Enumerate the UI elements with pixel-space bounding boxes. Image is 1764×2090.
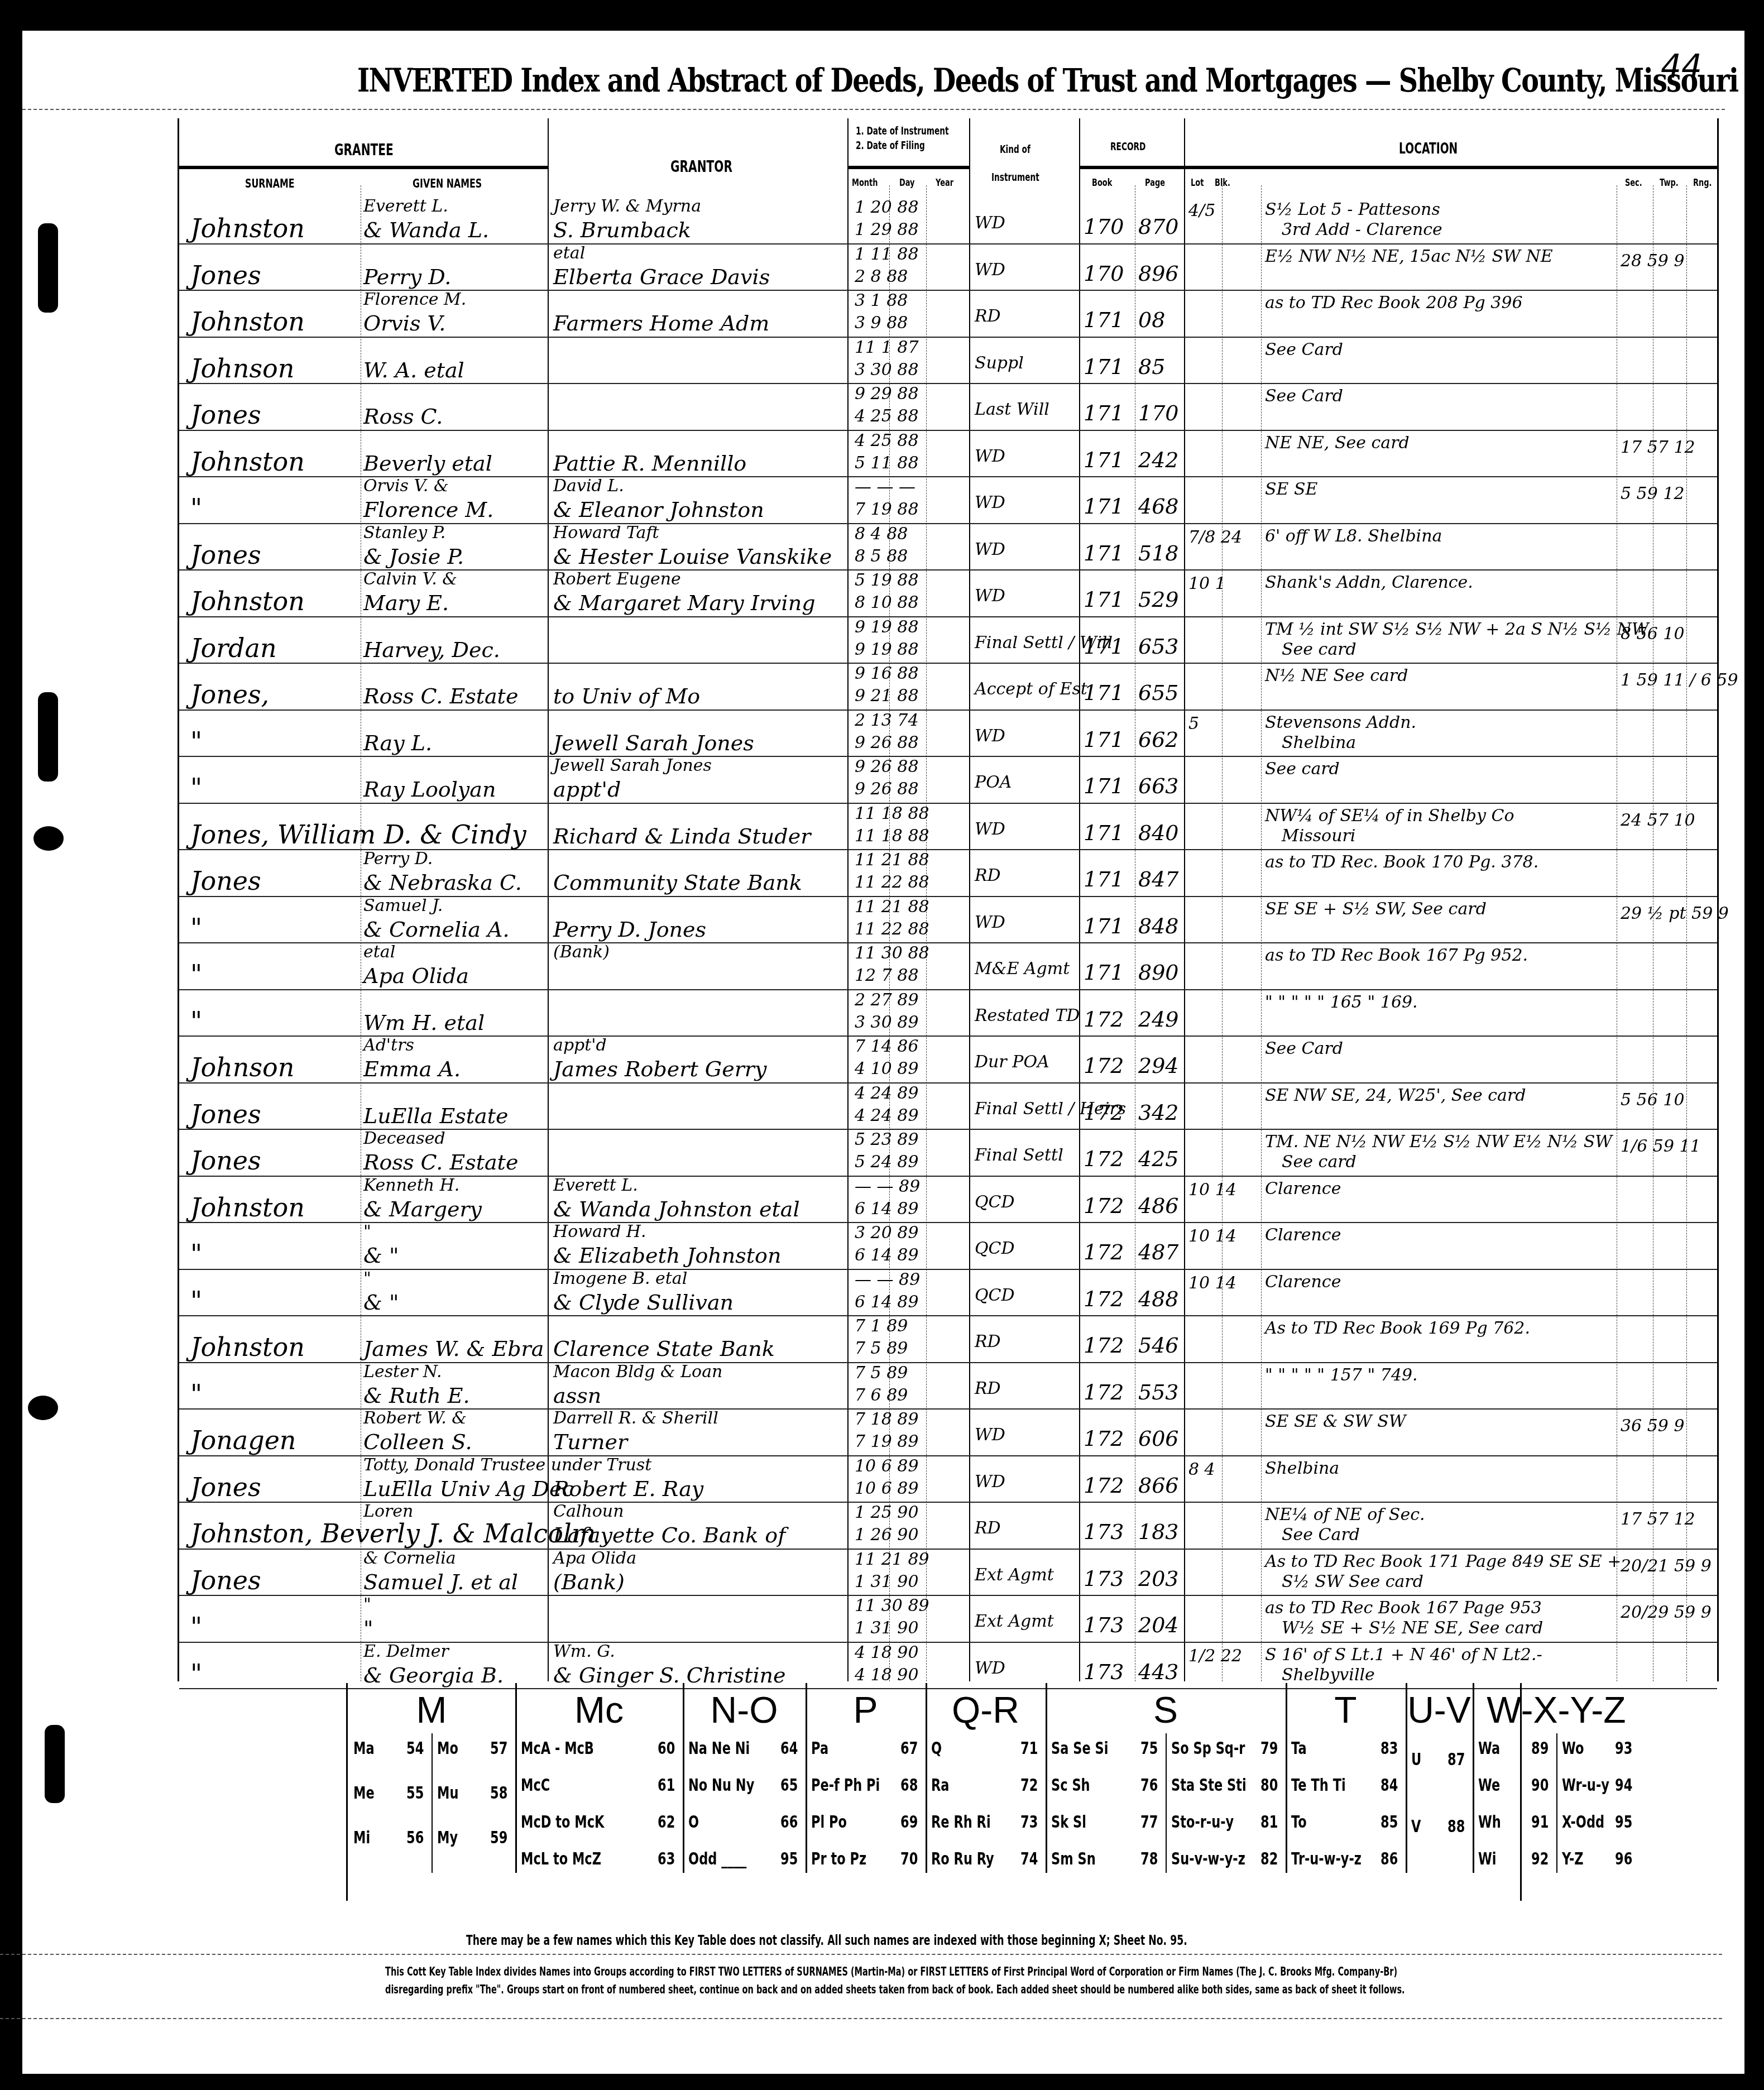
- location-lot: 4/5: [1188, 201, 1215, 220]
- date-of-instrument: 8 4 88: [855, 524, 908, 544]
- grantee-given-line2: Ray L.: [363, 731, 432, 755]
- record-book: 171: [1084, 821, 1124, 845]
- date-of-filing: 8 10 88: [855, 593, 919, 612]
- date-of-instrument: 1 20 88: [855, 198, 919, 217]
- date-of-filing: 1 26 90: [855, 1525, 919, 1545]
- date-of-filing: 9 26 88: [855, 779, 919, 799]
- kind-of-instrument: WD: [975, 1658, 1005, 1678]
- header-record: RECORD: [1110, 141, 1145, 153]
- grantee-surname: Johnston: [190, 213, 305, 243]
- location-description-line2: See card: [1282, 640, 1356, 659]
- grantor-line2: Clarence State Bank: [553, 1336, 775, 1361]
- grantee-surname: Jones: [190, 540, 261, 570]
- location-description: Clarence: [1265, 1272, 1341, 1292]
- grantee-given-line2: Ross C. Estate: [363, 684, 518, 708]
- date-of-instrument: 11 18 88: [855, 804, 929, 823]
- location-description-line2: Missouri: [1282, 826, 1355, 846]
- key-entry-sheet-number: 68: [900, 1776, 918, 1795]
- record-page: 488: [1138, 1287, 1179, 1311]
- key-entry-label: We: [1478, 1776, 1500, 1795]
- record-page: 204: [1138, 1613, 1179, 1637]
- record-book: 171: [1084, 680, 1124, 705]
- grantee-given-line2: James W. & Ebra: [363, 1336, 544, 1361]
- record-page: 847: [1138, 867, 1179, 891]
- grantor-line1: Jerry W. & Myrna: [553, 196, 701, 216]
- location-description: N½ NE See card: [1265, 666, 1408, 686]
- sec-twp-rng: 20/21 59 9: [1621, 1556, 1712, 1576]
- record-page: 606: [1138, 1426, 1179, 1451]
- grantor-line2: & Eleanor Johnston: [553, 497, 764, 522]
- grantee-given-line2: & Nebraska C.: [363, 870, 522, 895]
- grantor-line2: assn: [553, 1383, 601, 1408]
- kind-of-instrument: WD: [975, 213, 1005, 233]
- header-rule-location: [1184, 166, 1717, 169]
- ledger-row: "Wm H. etal2 27 893 30 89Restated TD1722…: [179, 989, 1717, 1037]
- grantee-given-line2: & ": [363, 1243, 399, 1268]
- key-entry-label: McD to McK: [521, 1813, 604, 1832]
- record-book: 171: [1084, 448, 1124, 472]
- key-entry-label: Y-Z: [1562, 1849, 1584, 1869]
- grantee-given-line1: Totty, Donald Trustee under Trust: [363, 1455, 651, 1475]
- record-book: 171: [1084, 541, 1124, 565]
- record-page: 08: [1138, 308, 1165, 332]
- grantor-line2: Richard & Linda Studer: [553, 824, 811, 849]
- location-description-line2: Shelbina: [1282, 733, 1356, 752]
- key-entry-sheet-number: 58: [490, 1784, 507, 1803]
- footnote-line-2: disregarding prefix "The". Groups start …: [385, 1983, 1405, 1997]
- record-book: 172: [1084, 1100, 1124, 1125]
- key-entry-sheet-number: 90: [1531, 1776, 1549, 1795]
- grantor-line2: appt'd: [553, 777, 621, 802]
- ledger-table: GRANTEE SURNAME GIVEN NAMES GRANTOR 1. D…: [178, 118, 1719, 1681]
- key-entry-label: Wr-u-y: [1562, 1776, 1609, 1795]
- grantee-surname: Jones,: [190, 679, 269, 710]
- grantee-given-line2: LuElla Estate: [363, 1104, 508, 1128]
- date-of-filing: 4 24 89: [855, 1106, 919, 1125]
- header-date-instrument: 1. Date of Instrument: [856, 125, 949, 137]
- sec-twp-rng: 5 59 12: [1621, 484, 1685, 504]
- date-of-filing: 6 14 89: [855, 1292, 919, 1312]
- location-description: See card: [1265, 759, 1340, 779]
- grantee-given-line2: Mary E.: [363, 591, 449, 615]
- grantee-given-line1: Deceased: [363, 1129, 445, 1148]
- grantee-given-line1: Orvis V. &: [363, 476, 449, 496]
- date-of-instrument: 9 16 88: [855, 664, 919, 683]
- key-entry-sheet-number: 77: [1140, 1813, 1158, 1832]
- record-page: 183: [1138, 1519, 1179, 1544]
- key-entry-sheet-number: 94: [1615, 1776, 1632, 1795]
- record-book: 172: [1084, 1473, 1124, 1498]
- key-entry-sheet-number: 63: [658, 1849, 675, 1869]
- grantor-line1: Robert Eugene: [553, 569, 681, 589]
- date-of-instrument: 7 18 89: [855, 1410, 919, 1429]
- header-rule-grantee: [179, 166, 548, 169]
- header-book: Book: [1092, 177, 1112, 189]
- grantor-line1: Macon Bldg & Loan: [553, 1362, 722, 1382]
- key-entry-label: Tr-u-w-y-z: [1291, 1849, 1362, 1869]
- key-entry-label: O: [688, 1813, 699, 1832]
- location-description: NE NE, See card: [1265, 433, 1410, 453]
- sec-twp-rng: 28 59 9: [1621, 251, 1685, 271]
- grantee-surname: Johnston: [190, 1192, 305, 1223]
- grantor-line2: Elberta Grace Davis: [553, 265, 770, 289]
- ledger-row: JonesPerry D.& Nebraska C.Community Stat…: [179, 849, 1717, 897]
- location-lot: 10 14: [1188, 1180, 1236, 1200]
- grantee-surname: Johnson: [190, 353, 294, 384]
- grantee-surname: ": [190, 1379, 202, 1409]
- key-entry-sheet-number: 83: [1380, 1739, 1398, 1758]
- record-book: 172: [1084, 1240, 1124, 1264]
- sec-twp-rng: 8 56 10: [1621, 624, 1685, 644]
- date-of-filing: 4 18 90: [855, 1665, 919, 1685]
- key-table: MMa54Me55Mi56Mo57Mu58My59McMcA - McB60Mc…: [346, 1683, 1522, 1901]
- record-page: 529: [1138, 587, 1179, 612]
- date-of-instrument: 11 21 88: [855, 897, 929, 917]
- location-description: See Card: [1265, 340, 1343, 359]
- header-lot: Lot: [1191, 177, 1204, 189]
- key-entry-sheet-number: 81: [1260, 1813, 1278, 1832]
- record-page: 249: [1138, 1007, 1179, 1032]
- grantor-line2: & Hester Louise Vanskike: [553, 544, 832, 569]
- ledger-row: JohnstonCalvin V. &Mary E.Robert Eugene&…: [179, 569, 1717, 617]
- record-book: 171: [1084, 401, 1124, 425]
- grantee-given-line1: & Cornelia: [363, 1549, 456, 1568]
- key-entry-sheet-number: 65: [780, 1776, 798, 1795]
- grantor-line2: Community State Bank: [553, 870, 802, 895]
- ledger-row: JohnstonEverett L.& Wanda L.Jerry W. & M…: [179, 196, 1717, 245]
- date-of-instrument: 11 30 88: [855, 943, 929, 963]
- kind-of-instrument: WD: [975, 819, 1005, 839]
- key-entry-sheet-number: 55: [406, 1784, 424, 1803]
- kind-of-instrument: WD: [975, 586, 1005, 606]
- record-book: 171: [1084, 914, 1124, 938]
- key-entry-label: Sa Se Si: [1051, 1739, 1108, 1758]
- date-of-filing: 1 31 90: [855, 1618, 919, 1638]
- grantee-given-line2: & Margery: [363, 1197, 482, 1221]
- kind-of-instrument: WD: [975, 540, 1005, 559]
- record-page: 342: [1138, 1100, 1179, 1125]
- date-of-instrument: 11 21 88: [855, 850, 929, 870]
- kind-of-instrument: QCD: [975, 1286, 1015, 1305]
- grantee-surname: ": [190, 959, 202, 989]
- record-page: 655: [1138, 680, 1179, 705]
- grantor-line1: Jewell Sarah Jones: [553, 756, 712, 775]
- title-rule: [22, 109, 1725, 110]
- record-book: 170: [1084, 261, 1124, 286]
- date-of-filing: 10 6 89: [855, 1479, 919, 1498]
- key-entry-label: McC: [521, 1776, 550, 1795]
- key-table-subdivider: [1166, 1733, 1167, 1873]
- key-table-note: There may be a few names which this Key …: [466, 1933, 1187, 1948]
- grantee-given-line2: LuElla Univ Ag Dec: [363, 1477, 574, 1501]
- header-grantee: GRANTEE: [334, 141, 394, 159]
- grantor-line2: Turner: [553, 1430, 627, 1454]
- date-of-instrument: 5 23 89: [855, 1130, 919, 1149]
- sec-twp-rng: 20/29 59 9: [1621, 1603, 1712, 1622]
- date-of-filing: 3 30 89: [855, 1013, 919, 1032]
- grantee-surname: Jones: [190, 260, 261, 290]
- key-entry-label: Ma: [353, 1739, 375, 1758]
- key-entry-sheet-number: 80: [1260, 1776, 1278, 1795]
- date-of-filing: 5 24 89: [855, 1152, 919, 1172]
- date-of-filing: 5 11 88: [855, 453, 919, 473]
- location-description: SE SE: [1265, 480, 1317, 499]
- ledger-row: "Ray LoolyanJewell Sarah Jonesappt'd9 26…: [179, 756, 1717, 804]
- key-entry-sheet-number: 74: [1020, 1849, 1038, 1869]
- key-entry-label: Sto-r-u-y: [1171, 1813, 1234, 1832]
- header-month: Month: [852, 177, 878, 189]
- grantor-line2: Pattie R. Mennillo: [553, 451, 746, 476]
- record-book: 171: [1084, 867, 1124, 891]
- date-of-filing: 6 14 89: [855, 1199, 919, 1219]
- key-entry-label: Sta Ste Sti: [1171, 1776, 1247, 1795]
- grantee-given-line2: & Cornelia A.: [363, 917, 510, 942]
- grantee-given-line1: etal: [363, 942, 395, 962]
- date-of-filing: 3 30 88: [855, 360, 919, 380]
- grantee-given-line1: Florence M.: [363, 290, 466, 309]
- key-entry-sheet-number: 72: [1020, 1776, 1038, 1795]
- grantee-given-line1: ": [363, 1269, 371, 1288]
- grantee-given-line2: & Ruth E.: [363, 1383, 470, 1408]
- kind-of-instrument: WD: [975, 260, 1005, 280]
- grantor-line2: Robert E. Ray: [553, 1477, 703, 1501]
- key-entry-sheet-number: 93: [1615, 1739, 1632, 1758]
- record-page: 546: [1138, 1333, 1179, 1358]
- kind-of-instrument: WD: [975, 493, 1005, 512]
- ledger-row: Johnston, Beverly J. & MalcolmLorenCalho…: [179, 1502, 1717, 1550]
- ledger-row: JonesRoss C.9 29 884 25 88Last Will17117…: [179, 383, 1717, 431]
- record-page: 170: [1138, 401, 1179, 425]
- key-table-subdivider: [1556, 1733, 1557, 1873]
- record-book: 171: [1084, 774, 1124, 798]
- kind-of-instrument: Ext Agmt: [975, 1612, 1054, 1631]
- grantor-line2: Perry D. Jones: [553, 917, 706, 942]
- grantee-given-line2: Florence M.: [363, 497, 493, 522]
- location-description: Shelbina: [1265, 1459, 1339, 1478]
- key-entry-label: Te Th Ti: [1291, 1776, 1346, 1795]
- record-page: 242: [1138, 448, 1179, 472]
- grantee-given-line2: & ": [363, 1290, 399, 1315]
- key-entry-sheet-number: 84: [1380, 1776, 1398, 1795]
- grantee-given-line1: ": [363, 1595, 371, 1614]
- page-number: 44: [1661, 47, 1702, 85]
- record-page: 870: [1138, 214, 1179, 239]
- grantee-surname: Jonagen: [190, 1425, 296, 1455]
- header-location: LOCATION: [1399, 141, 1458, 157]
- ledger-row: JohnsonAd'trsEmma A.appt'dJames Robert G…: [179, 1036, 1717, 1084]
- sec-twp-rng: 17 57 12: [1621, 1509, 1695, 1529]
- date-of-instrument: 2 27 89: [855, 990, 919, 1010]
- kind-of-instrument: WD: [975, 1472, 1005, 1492]
- location-description: Shank's Addn, Clarence.: [1265, 573, 1473, 592]
- key-entry-label: McL to McZ: [521, 1849, 601, 1869]
- location-description: S 16' of S Lt.1 + N 46' of N Lt2.-: [1265, 1645, 1542, 1665]
- ledger-row: JohnstonKenneth H.& MargeryEverett L.& W…: [179, 1176, 1717, 1224]
- grantee-given-line1: Samuel J.: [363, 896, 443, 915]
- header-instrument: Instrument: [991, 171, 1039, 184]
- location-description: S½ Lot 5 - Pattesons: [1265, 200, 1440, 219]
- date-of-instrument: 11 1 87: [855, 338, 919, 357]
- kind-of-instrument: RD: [975, 866, 1001, 885]
- header-rule-record: [1079, 166, 1184, 169]
- record-book: 172: [1084, 1147, 1124, 1171]
- record-page: 662: [1138, 727, 1179, 752]
- date-of-filing: 3 9 88: [855, 313, 908, 333]
- key-group-letter: Mc: [515, 1689, 683, 1731]
- grantor-line1: appt'd: [553, 1036, 607, 1055]
- key-entry-label: Su-v-w-y-z: [1171, 1849, 1245, 1869]
- scan-border-bottom: [0, 2074, 1764, 2090]
- ledger-row: """11 30 891 31 90Ext Agmt173204as to TD…: [179, 1595, 1717, 1643]
- key-entry-sheet-number: 92: [1531, 1849, 1549, 1869]
- date-of-instrument: 2 13 74: [855, 711, 919, 730]
- record-page: 203: [1138, 1566, 1179, 1591]
- date-of-filing: 7 5 89: [855, 1339, 908, 1358]
- key-group-letter: T: [1286, 1689, 1406, 1731]
- footnote-line-1: This Cott Key Table Index divides Names …: [385, 1965, 1397, 1979]
- kind-of-instrument: RD: [975, 1518, 1001, 1538]
- ledger-row: "E. Delmer& Georgia B.Wm. G.& Ginger S. …: [179, 1642, 1717, 1690]
- ledger-row: JonesStanley P.& Josie P.Howard Taft& He…: [179, 523, 1717, 571]
- date-of-filing: 12 7 88: [855, 966, 919, 985]
- key-entry-label: Ra: [931, 1776, 950, 1795]
- date-of-filing: 9 21 88: [855, 686, 919, 706]
- grantor-line2: Jewell Sarah Jones: [553, 731, 754, 755]
- ledger-row: JordanHarvey, Dec.9 19 889 19 88Final Se…: [179, 616, 1717, 664]
- grantee-surname: Johnston, Beverly J. & Malcolm: [190, 1518, 596, 1549]
- location-description: TM. NE N½ NW E½ S½ NW E½ N½ SW: [1265, 1132, 1612, 1152]
- date-of-instrument: 11 30 89: [855, 1596, 929, 1616]
- location-lot: 10 14: [1188, 1273, 1236, 1293]
- record-book: 172: [1084, 1380, 1124, 1404]
- record-book: 171: [1084, 494, 1124, 519]
- date-of-instrument: 4 25 88: [855, 431, 919, 450]
- grantor-line2: Farmers Home Adm: [553, 311, 769, 335]
- key-entry-label: Sc Sh: [1051, 1776, 1090, 1795]
- record-page: 425: [1138, 1147, 1179, 1171]
- record-page: 468: [1138, 494, 1179, 519]
- record-book: 172: [1084, 1053, 1124, 1078]
- location-description-line2: See Card: [1282, 1525, 1360, 1545]
- location-description: " " " " " 165 " 169.: [1265, 993, 1418, 1012]
- key-entry-sheet-number: 91: [1531, 1813, 1549, 1832]
- key-entry-label: Me: [353, 1784, 375, 1803]
- header-blk: Blk.: [1215, 177, 1230, 189]
- grantor-line1: etal: [553, 243, 585, 263]
- ledger-row: Jones, William D. & CindyRichard & Linda…: [179, 803, 1717, 851]
- key-group-letter: W-X-Y-Z: [1473, 1689, 1640, 1731]
- kind-of-instrument: Accept of Est: [975, 679, 1087, 699]
- record-page: 487: [1138, 1240, 1179, 1264]
- grantee-surname: Johnston: [190, 1332, 305, 1362]
- location-description: SE SE + S½ SW, See card: [1265, 899, 1487, 919]
- key-entry-label: Mo: [437, 1739, 458, 1758]
- key-entry-label: Pa: [811, 1739, 828, 1758]
- record-book: 171: [1084, 634, 1124, 659]
- date-of-instrument: 7 5 89: [855, 1363, 908, 1383]
- location-description: Clarence: [1265, 1225, 1341, 1245]
- header-twp: Twp.: [1660, 177, 1679, 189]
- key-group-letter: P: [806, 1689, 926, 1731]
- record-page: 890: [1138, 960, 1179, 985]
- grantee-surname: Jones: [190, 1145, 261, 1176]
- key-entry-label: Pl Po: [811, 1813, 847, 1832]
- grantor-line2: James Robert Gerry: [553, 1057, 766, 1081]
- key-entry-label: McA - McB: [521, 1739, 594, 1758]
- key-entry-sheet-number: 66: [780, 1813, 798, 1832]
- location-description: As to TD Rec Book 171 Page 849 SE SE +: [1265, 1552, 1621, 1571]
- grantee-given-line1: Loren: [363, 1502, 413, 1521]
- key-entry-sheet-number: 59: [490, 1828, 507, 1848]
- record-book: 171: [1084, 727, 1124, 752]
- key-group-letter: U-V: [1406, 1689, 1473, 1731]
- kind-of-instrument: RD: [975, 1379, 1001, 1398]
- grantor-line1: Imogene B. etal: [553, 1269, 687, 1288]
- header-day: Day: [899, 177, 915, 189]
- key-group-letter: M: [348, 1689, 515, 1731]
- key-entry-sheet-number: 71: [1020, 1739, 1038, 1758]
- ledger-row: JohnstonBeverly etalPattie R. Mennillo4 …: [179, 430, 1717, 478]
- key-entry-label: Wo: [1562, 1739, 1584, 1758]
- key-entry-sheet-number: 69: [900, 1813, 918, 1832]
- date-of-instrument: 3 1 88: [855, 291, 908, 310]
- date-of-instrument: 3 20 89: [855, 1223, 919, 1243]
- key-entry-label: Na Ne Ni: [688, 1739, 750, 1758]
- date-of-filing: 9 19 88: [855, 640, 919, 659]
- key-entry-label: Mu: [437, 1784, 458, 1803]
- key-entry-label: Ta: [1291, 1739, 1307, 1758]
- date-of-filing: 7 19 88: [855, 500, 919, 519]
- record-page: 518: [1138, 541, 1179, 565]
- sec-twp-rng: 1/6 59 11: [1621, 1137, 1701, 1156]
- grantee-surname: ": [190, 913, 202, 943]
- scan-border-right: [1744, 0, 1764, 2090]
- record-book: 172: [1084, 1426, 1124, 1451]
- grantee-surname: ": [190, 726, 202, 756]
- grantor-line1: Darrell R. & Sherill: [553, 1408, 718, 1428]
- location-description-line2: Shelbyville: [1282, 1665, 1375, 1685]
- grantee-surname: ": [190, 773, 202, 803]
- grantee-given-line1: Lester N.: [363, 1362, 442, 1382]
- record-book: 170: [1084, 214, 1124, 239]
- key-entry-sheet-number: 60: [658, 1739, 675, 1758]
- key-entry-label: My: [437, 1828, 458, 1848]
- ledger-row: "etalApa Olida(Bank)11 30 8812 7 88M&E A…: [179, 942, 1717, 990]
- binder-slot-icon: [38, 223, 58, 313]
- kind-of-instrument: POA: [975, 773, 1012, 792]
- grantor-line1: Howard Taft: [553, 523, 659, 543]
- grantor-line2: (Bank): [553, 1570, 625, 1594]
- ledger-row: JonagenRobert W. &Colleen S.Darrell R. &…: [179, 1408, 1717, 1456]
- header-year: Year: [936, 177, 953, 189]
- grantee-given-line1: Calvin V. &: [363, 569, 457, 589]
- ledger-row: Jones,Ross C. Estateto Univ of Mo9 16 88…: [179, 663, 1717, 711]
- location-description: NE¼ of NE of Sec.: [1265, 1505, 1425, 1525]
- grantor-line1: (Bank): [553, 942, 610, 962]
- binder-slot-icon: [38, 692, 58, 782]
- date-of-instrument: 10 6 89: [855, 1456, 919, 1476]
- sec-twp-rng: 24 57 10: [1621, 811, 1695, 830]
- key-entry-sheet-number: 95: [1615, 1813, 1632, 1832]
- grantee-given-line2: Apa Olida: [363, 963, 469, 988]
- kind-of-instrument: Last Will: [975, 400, 1049, 419]
- grantee-given-line1: Perry D.: [363, 849, 433, 869]
- key-table-subdivider: [432, 1733, 433, 1873]
- grantee-surname: Jones: [190, 1565, 261, 1595]
- location-description: as to TD Rec Book 167 Page 953: [1265, 1598, 1542, 1618]
- grantee-given-line2: W. A. etal: [363, 358, 464, 382]
- record-book: 171: [1084, 354, 1124, 379]
